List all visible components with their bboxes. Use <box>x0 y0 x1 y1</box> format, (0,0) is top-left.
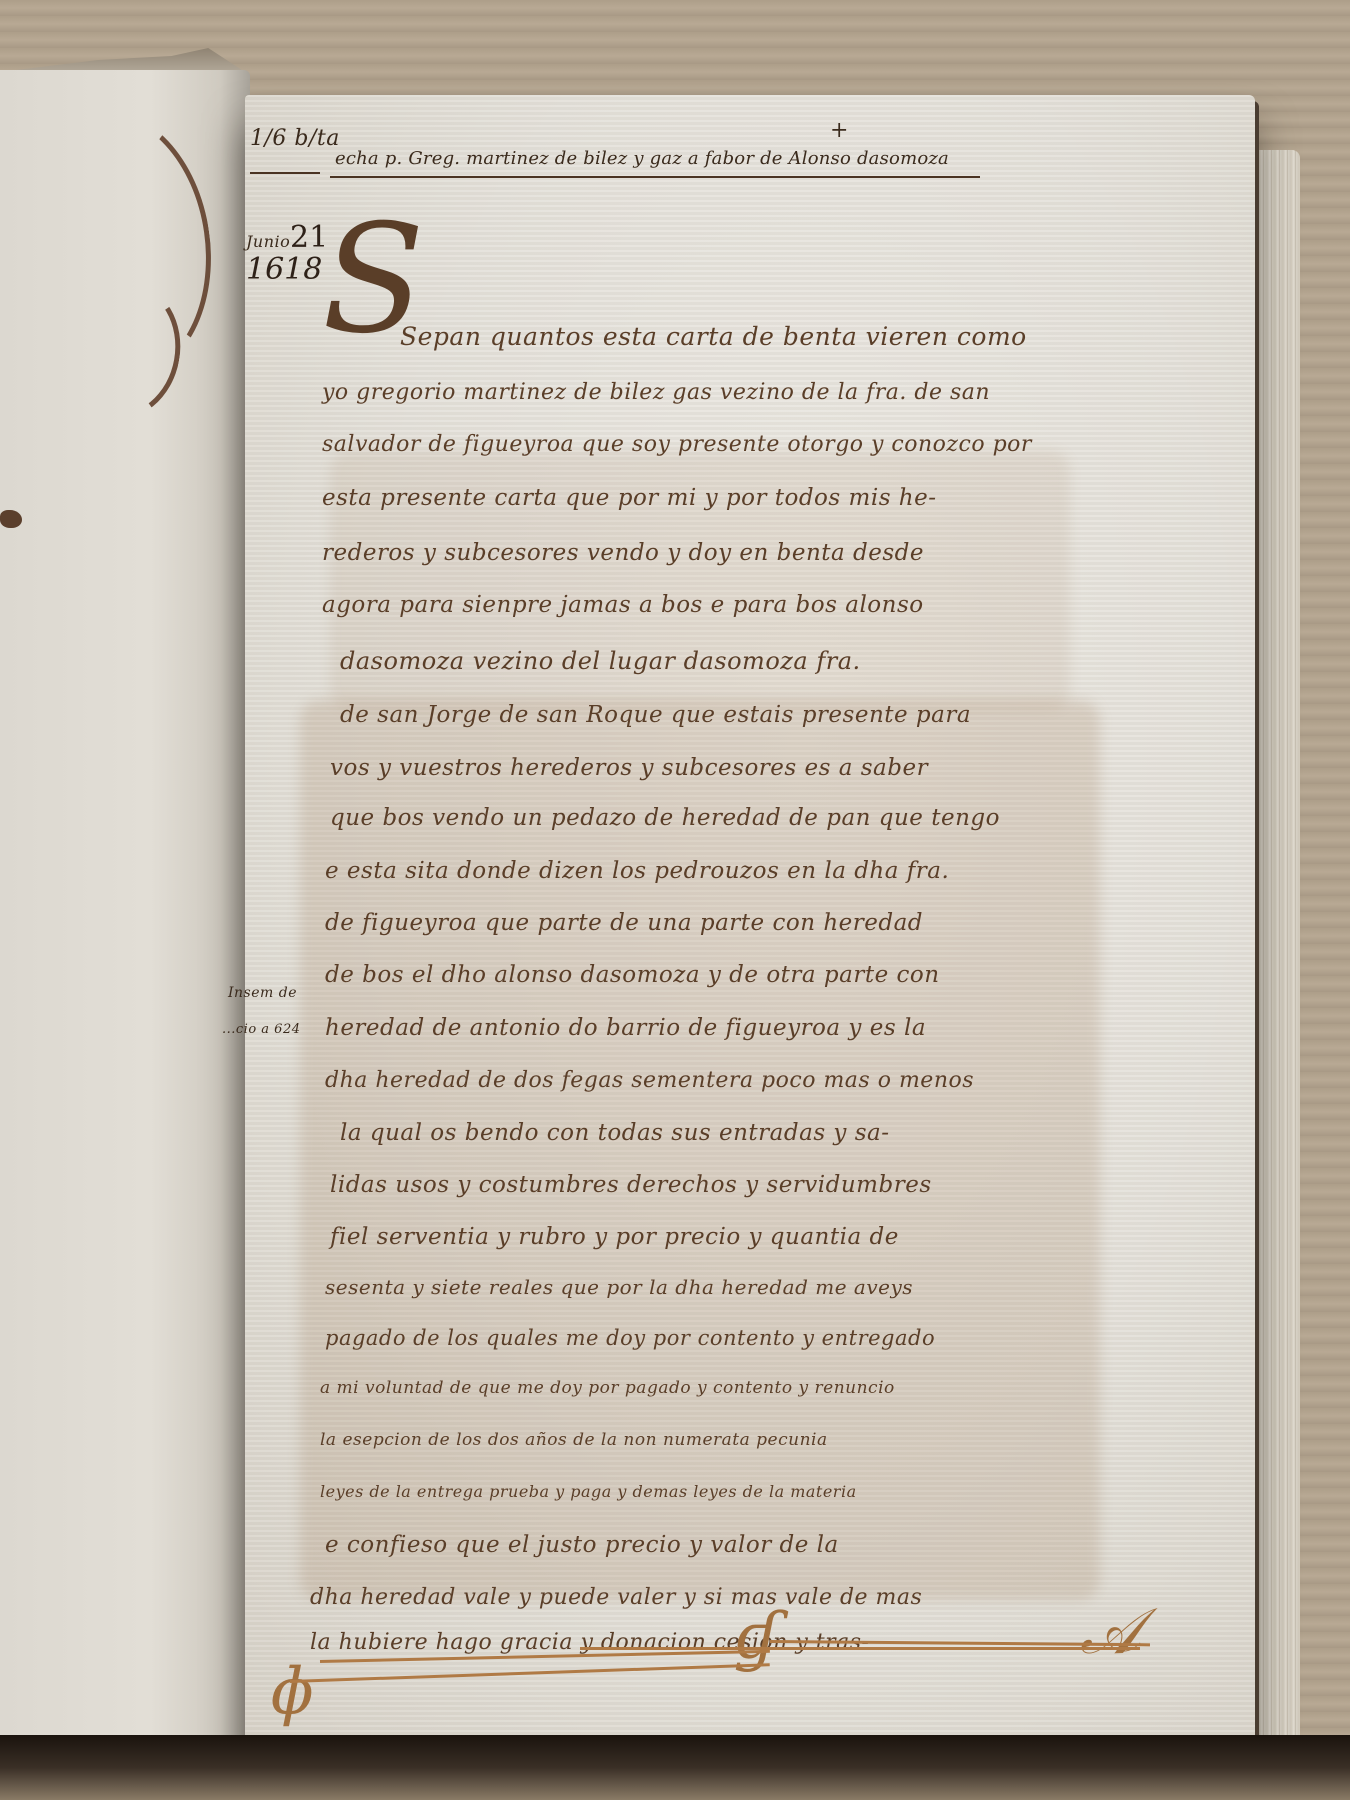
ink-bleed <box>300 700 1100 1600</box>
body-line: rederos y subcesores vendo y doy en bent… <box>322 540 924 566</box>
bottom-shadow <box>0 1735 1350 1800</box>
body-line: que bos vendo un pedazo de heredad de pa… <box>330 805 1000 831</box>
margin-note-line2: ...cio a 624 <box>222 1022 301 1037</box>
body-line: e esta sita donde dizen los pedrouzos en… <box>325 858 949 884</box>
body-line: pagado de los quales me doy por contento… <box>325 1326 935 1350</box>
header-underline <box>330 176 980 178</box>
signature-rubric-center: ɠ <box>735 1605 779 1669</box>
body-line: de bos el dho alonso dasomoza y de otra … <box>325 962 940 988</box>
body-line: dha heredad vale y puede valer y si mas … <box>310 1585 922 1610</box>
body-line: dasomoza vezino del lugar dasomoza fra. <box>340 647 861 675</box>
folio-underline <box>250 172 320 174</box>
left-page <box>0 70 250 1800</box>
body-line: esta presente carta que por mi y por tod… <box>322 485 937 511</box>
body-line: heredad de antonio do barrio de figueyro… <box>325 1015 926 1041</box>
body-line: agora para sienpre jamas a bos e para bo… <box>322 592 924 618</box>
body-line: dha heredad de dos fegas sementera poco … <box>325 1068 974 1093</box>
body-line: salvador de figueyroa que soy presente o… <box>322 432 1032 457</box>
body-line: fiel serventia y rubro y por precio y qu… <box>330 1224 899 1250</box>
body-line: la qual os bendo con todas sus entradas … <box>340 1120 890 1146</box>
header-title: echa p. Greg. martinez de bilez y gaz a … <box>335 148 949 169</box>
margin-note-line1: Insem de <box>228 985 297 1001</box>
body-line: lidas usos y costumbres derechos y servi… <box>330 1172 932 1198</box>
body-line: de figueyroa que parte de una parte con … <box>325 910 923 936</box>
margin-month: Junio <box>246 232 290 251</box>
ink-blot <box>0 510 22 528</box>
margin-year: 1618 <box>246 252 322 287</box>
signature-rubric-right: 𝒜 <box>1080 1600 1141 1664</box>
body-line: leyes de la entrega prueba y paga y dema… <box>320 1482 857 1501</box>
body-line: Sepan quantos esta carta de benta vieren… <box>400 322 1027 351</box>
body-line: vos y vuestros herederos y subcesores es… <box>330 755 928 781</box>
signature-line <box>580 1647 1140 1650</box>
signature-rubric-left: ɸ <box>270 1660 314 1724</box>
body-line: sesenta y siete reales que por la dha he… <box>325 1275 913 1299</box>
body-line: yo gregorio martinez de bilez gas vezino… <box>322 380 990 405</box>
body-line: la esepcion de los dos años de la non nu… <box>320 1430 828 1450</box>
body-line: a mi voluntad de que me doy por pagado y… <box>320 1378 895 1398</box>
body-line: de san Jorge de san Roque que estais pre… <box>340 702 971 728</box>
body-line: e confieso que el justo precio y valor d… <box>325 1532 839 1558</box>
cross-mark: + <box>830 118 849 143</box>
folio-mark: 1/6 b/ta <box>250 126 340 151</box>
